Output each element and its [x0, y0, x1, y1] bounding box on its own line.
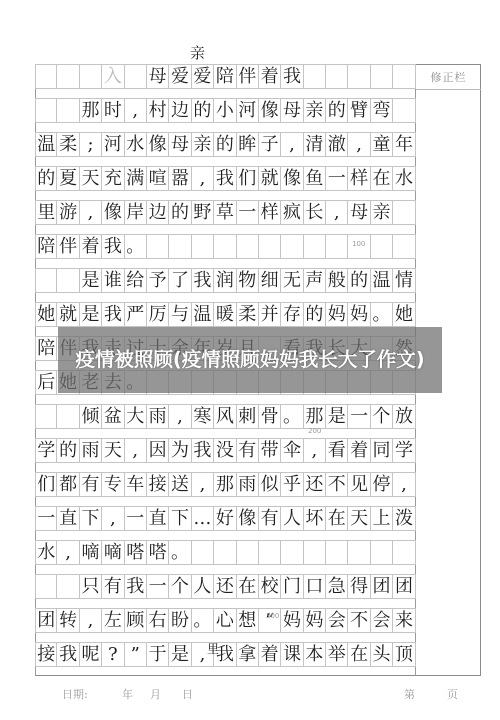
grid-cell: 门 — [281, 574, 303, 599]
grid-cell — [371, 64, 393, 89]
grid-cell: 妈 — [348, 302, 370, 327]
grid-cell: 下 — [169, 506, 191, 531]
grid-cell: 给 — [125, 268, 147, 293]
grid-cell: 柔 — [57, 132, 79, 157]
grid-cell: 情 — [393, 268, 415, 293]
grid-cell: 夏 — [57, 166, 79, 191]
grid-cell: 我 — [192, 268, 214, 293]
grid-cell: 的 — [57, 438, 79, 463]
grid-cell: , — [304, 438, 326, 463]
grid-cell: 童 — [371, 132, 393, 157]
grid-cell: 入 — [102, 64, 124, 89]
grid-cell: 大 — [125, 404, 147, 429]
grid-cell: 的 — [192, 98, 214, 123]
grid-cell — [371, 234, 393, 259]
grid-cell: 课 — [281, 642, 303, 667]
grid-cell: 那 — [214, 472, 236, 497]
grid-cell: 我 — [214, 166, 236, 191]
grid-cell: 我 — [102, 234, 124, 259]
grid-cell: 嘀 — [80, 540, 102, 565]
grid-cell: 充 — [102, 166, 124, 191]
grid-cell: 为 — [169, 438, 191, 463]
grid-cell: 伴 — [57, 234, 79, 259]
grid-cell: 不 — [326, 472, 348, 497]
grid-cell: 无 — [281, 268, 303, 293]
grid-cell: , — [192, 472, 214, 497]
grid-cell: 的 — [35, 166, 57, 191]
grid-cell: 团 — [393, 574, 415, 599]
grid-cell: 的 — [214, 132, 236, 157]
grid-cell: 见 — [348, 472, 370, 497]
grid-cell: 她 — [393, 302, 415, 327]
grid-cell: 。 — [192, 608, 214, 633]
char-counter-300: 300 — [266, 612, 279, 620]
grid-cell: 同 — [371, 438, 393, 463]
grid-cell: 母 — [147, 64, 169, 89]
grid-cell: 物 — [237, 268, 259, 293]
grid-cell — [237, 540, 259, 565]
grid-cell: 鱼 — [304, 166, 326, 191]
char-counter-200: 200 — [308, 427, 321, 435]
grid-cell: 暖 — [214, 302, 236, 327]
grid-cell: 没 — [214, 438, 236, 463]
grid-cell: 专 — [102, 472, 124, 497]
grid-cell: 严 — [125, 302, 147, 327]
grid-cell — [348, 64, 370, 89]
grid-cell: 只 — [80, 574, 102, 599]
grid-cell: 一 — [125, 506, 147, 531]
grid-cell: 存 — [281, 302, 303, 327]
footer-day-label: 日 — [182, 686, 193, 702]
grid-cell — [35, 574, 57, 599]
grid-cell: 有 — [237, 438, 259, 463]
grid-cell: 与 — [169, 302, 191, 327]
grid-cell: 臂 — [348, 98, 370, 123]
grid-cell: 的 — [348, 268, 370, 293]
grid-cell: 爱 — [192, 64, 214, 89]
grid-cell: , — [125, 438, 147, 463]
grid-cell — [169, 234, 191, 259]
grid-cell: 天 — [80, 166, 102, 191]
grid-cell: 好 — [214, 506, 236, 531]
grid-cell: 澈 — [326, 132, 348, 157]
grid-row: 里游,像岸边的野草一样疯长,母亲 — [35, 200, 416, 225]
grid-cell: 呢 — [80, 642, 102, 667]
grid-cell: 似 — [259, 472, 281, 497]
grid-cell: 。 — [169, 540, 191, 565]
grid-cell: 满 — [125, 166, 147, 191]
grid-cell — [304, 64, 326, 89]
grid-cell: 我 — [281, 64, 303, 89]
grid-cell: 游 — [57, 200, 79, 225]
grid-cell: 是 — [326, 404, 348, 429]
grid-cell: 样 — [348, 166, 370, 191]
grid-cell: 像 — [237, 506, 259, 531]
grid-cell: 温 — [192, 302, 214, 327]
grid-cell: 润 — [214, 268, 236, 293]
grid-cell: 接 — [35, 642, 57, 667]
grid-cell: 是 — [169, 642, 191, 667]
caption-overlay-text: 疫情被照顾(疫情照顾妈妈我长大了作文) — [69, 347, 430, 373]
grid-cell: 一 — [35, 506, 57, 531]
grid-cell — [393, 234, 415, 259]
grid-cell: 人 — [192, 574, 214, 599]
grid-cell — [147, 234, 169, 259]
grid-cell: 刺 — [237, 404, 259, 429]
grid-cell: 雨 — [147, 404, 169, 429]
grid-cell: 学 — [35, 438, 57, 463]
grid-cell: 一 — [326, 166, 348, 191]
grid-cell — [281, 234, 303, 259]
grid-cell — [35, 64, 57, 89]
grid-cell: 的 — [169, 200, 191, 225]
grid-cell — [35, 404, 57, 429]
grid-cell — [192, 540, 214, 565]
grid-cell — [371, 540, 393, 565]
grid-cell: 团 — [371, 574, 393, 599]
grid-cell: 草 — [214, 200, 236, 225]
grid-cell: 停 — [371, 472, 393, 497]
grid-cell: 她 — [35, 302, 57, 327]
grid-cell: 有 — [102, 574, 124, 599]
grid-row: 温柔;河水像母亲的眸子,清澈,童年 — [35, 132, 416, 157]
grid-cell: 举 — [326, 642, 348, 667]
grid-row: 那时,村边的小河像母亲的臂弯 — [35, 98, 416, 123]
grid-row: 只有我一个人还在校门口急得团团 — [35, 574, 416, 599]
footer-page-suffix: 页 — [447, 686, 458, 702]
grid-cell: 泼 — [393, 506, 415, 531]
grid-cell: 清 — [304, 132, 326, 157]
grid-cell: 人 — [281, 506, 303, 531]
grid-cell: 不 — [348, 608, 370, 633]
grid-cell: 着 — [348, 438, 370, 463]
grid-cell: 母 — [281, 98, 303, 123]
grid-cell: 因 — [147, 438, 169, 463]
grid-cell: … — [192, 506, 214, 531]
grid-cell: 个 — [169, 574, 191, 599]
grid-cell: 母 — [169, 132, 191, 157]
footer-page-prefix: 第 — [404, 686, 415, 702]
inserted-correction-qin: 亲 — [190, 42, 205, 63]
correction-margin-header: 修正栏 — [416, 64, 481, 90]
grid-cell: , — [80, 200, 102, 225]
grid-cell: 是 — [80, 268, 102, 293]
grid-cell — [125, 64, 147, 89]
grid-cell: 直 — [57, 506, 79, 531]
grid-cell: 骨 — [259, 404, 281, 429]
grid-cell: 陪 — [35, 234, 57, 259]
grid-cell: 予 — [147, 268, 169, 293]
grid-cell: 都 — [57, 472, 79, 497]
grid-cell — [57, 404, 79, 429]
grid-cell: 顶 — [393, 642, 415, 667]
grid-cell: 水 — [35, 540, 57, 565]
grid-cell: ; — [80, 132, 102, 157]
grid-cell: 像 — [102, 200, 124, 225]
grid-cell: 。 — [281, 404, 303, 429]
grid-cell: 上 — [371, 506, 393, 531]
grid-cell: 送 — [169, 472, 191, 497]
grid-row: 入母爱爱陪伴着我 — [35, 64, 416, 89]
grid-cell: , — [281, 132, 303, 157]
grid-cell: 妈 — [304, 608, 326, 633]
grid-cell: , — [57, 540, 79, 565]
grid-cell: 盆 — [102, 404, 124, 429]
caption-overlay-banner: 疫情被照顾(疫情照顾妈妈我长大了作文) — [58, 327, 442, 393]
grid-cell: 们 — [237, 166, 259, 191]
grid-cell: 在 — [326, 506, 348, 531]
grid-row: 学的雨天,因为我没有带伞,看着同学 — [35, 438, 416, 463]
grid-cell: 来 — [393, 608, 415, 633]
grid-cell: 还 — [214, 574, 236, 599]
grid-cell: 像 — [259, 98, 281, 123]
grid-cell: 带 — [259, 438, 281, 463]
grid-cell: 天 — [348, 506, 370, 531]
grid-cell: 长 — [304, 200, 326, 225]
grid-cell: 年 — [393, 132, 415, 157]
grid-cell: 看 — [326, 438, 348, 463]
grid-cell: 放 — [393, 404, 415, 429]
grid-cell: ? — [102, 642, 124, 667]
grid-cell — [304, 540, 326, 565]
grid-cell — [304, 234, 326, 259]
grid-cell: 。 — [371, 302, 393, 327]
grid-cell — [214, 540, 236, 565]
grid-cell: 接 — [147, 472, 169, 497]
grid-row: 团转,左顾右盼。心想“妈妈会不会来 — [35, 608, 416, 633]
grid-cell: 在 — [348, 642, 370, 667]
grid-cell: , — [102, 506, 124, 531]
grid-cell: 会 — [371, 608, 393, 633]
grid-cell — [57, 98, 79, 123]
grid-cell — [57, 64, 79, 89]
grid-cell: 直 — [147, 506, 169, 531]
grid-cell: 时 — [102, 98, 124, 123]
grid-cell: 嗒 — [147, 540, 169, 565]
grid-cell: 着 — [259, 642, 281, 667]
grid-cell: 有 — [259, 506, 281, 531]
char-counter-100: 100 — [352, 240, 365, 248]
grid-cell: 于 — [147, 642, 169, 667]
grid-cell: 温 — [35, 132, 57, 157]
grid-cell: 一 — [147, 574, 169, 599]
grid-cell: 眸 — [237, 132, 259, 157]
grid-cell: 亲 — [304, 98, 326, 123]
grid-cell: 盼 — [169, 608, 191, 633]
grid-cell — [192, 234, 214, 259]
grid-cell: 雨 — [80, 438, 102, 463]
grid-cell: 在 — [371, 166, 393, 191]
grid-row: 水,嘀嘀嗒嗒。 — [35, 540, 416, 565]
grid-cell: 心 — [214, 608, 236, 633]
grid-cell: 小 — [214, 98, 236, 123]
footer-year-label: 年 — [122, 686, 133, 702]
grid-cell: 爱 — [169, 64, 191, 89]
grid-cell: 柔 — [237, 302, 259, 327]
grid-cell: , — [169, 404, 191, 429]
footer-date-label: 日期: — [62, 686, 88, 702]
grid-cell: 那 — [80, 98, 102, 123]
grid-cell: 厉 — [147, 302, 169, 327]
grid-cell: 河 — [102, 132, 124, 157]
grid-cell: 下 — [80, 506, 102, 531]
grid-row: 她就是我严厉与温暖柔并存的妈妈。她 — [35, 302, 416, 327]
inserted-correction-li: 里 — [207, 640, 219, 657]
grid-cell: 头 — [371, 642, 393, 667]
grid-cell: 水 — [393, 166, 415, 191]
grid-cell: 本 — [304, 642, 326, 667]
grid-cell: 嚣 — [169, 166, 191, 191]
grid-cell: 陪 — [214, 64, 236, 89]
grid-cell: 急 — [326, 574, 348, 599]
grid-cell: 一 — [348, 404, 370, 429]
grid-cell: , — [125, 98, 147, 123]
grid-cell: 会 — [326, 608, 348, 633]
grid-cell: 着 — [259, 64, 281, 89]
grid-cell — [57, 268, 79, 293]
grid-cell: 个 — [371, 404, 393, 429]
grid-cell: 后 — [35, 370, 57, 395]
grid-cell: 们 — [35, 472, 57, 497]
grid-cell: 我 — [192, 438, 214, 463]
grid-cell: 嘀 — [102, 540, 124, 565]
grid-cell: 想 — [237, 608, 259, 633]
grid-cell: 乎 — [281, 472, 303, 497]
grid-cell: , — [326, 200, 348, 225]
grid-cell: 了 — [169, 268, 191, 293]
grid-cell — [393, 540, 415, 565]
grid-cell: 岸 — [125, 200, 147, 225]
grid-row: 是谁给予了我润物细无声般的温情 — [35, 268, 416, 293]
grid-cell: 疯 — [281, 200, 303, 225]
grid-cell: 左 — [102, 608, 124, 633]
grid-cell: ” — [125, 642, 147, 667]
grid-cell — [393, 200, 415, 225]
grid-cell: 我 — [125, 574, 147, 599]
grid-cell: 。 — [125, 234, 147, 259]
grid-cell: 学 — [393, 438, 415, 463]
grid-cell: 得 — [348, 574, 370, 599]
grid-cell: 温 — [371, 268, 393, 293]
grid-cell: 风 — [214, 404, 236, 429]
grid-cell: 还 — [304, 472, 326, 497]
grid-cell — [393, 98, 415, 123]
grid-cell: 的 — [304, 302, 326, 327]
footer-month-label: 月 — [150, 686, 161, 702]
grid-cell: 边 — [147, 200, 169, 225]
grid-cell — [326, 540, 348, 565]
grid-cell: 声 — [304, 268, 326, 293]
grid-cell — [237, 234, 259, 259]
grid-cell: 拿 — [237, 642, 259, 667]
grid-cell — [326, 234, 348, 259]
grid-cell: 的 — [326, 98, 348, 123]
grid-row: 接我呢?”于是,我拿着课本举在头顶 — [35, 642, 416, 667]
grid-cell: 倾 — [80, 404, 102, 429]
grid-cell: 伴 — [237, 64, 259, 89]
grid-cell: 弯 — [371, 98, 393, 123]
grid-cell: 寒 — [192, 404, 214, 429]
grid-cell: 亲 — [371, 200, 393, 225]
grid-cell: 坏 — [304, 506, 326, 531]
grid-cell: 细 — [259, 268, 281, 293]
grid-cell: 是 — [80, 302, 102, 327]
grid-cell — [393, 64, 415, 89]
grid-cell: 口 — [304, 574, 326, 599]
grid-cell: 就 — [57, 302, 79, 327]
grid-row: 的夏天充满喧嚣,我们就像鱼一样在水 — [35, 166, 416, 191]
grid-cell: 雨 — [237, 472, 259, 497]
grid-cell — [326, 64, 348, 89]
grid-cell: 在 — [237, 574, 259, 599]
grid-cell: 陪 — [35, 336, 57, 361]
grid-cell: , — [393, 472, 415, 497]
grid-row: 们都有专车接送,那雨似乎还不见停, — [35, 472, 416, 497]
grid-cell — [35, 268, 57, 293]
grid-cell — [259, 234, 281, 259]
grid-cell: 着 — [80, 234, 102, 259]
grid-cell: , — [348, 132, 370, 157]
grid-cell: 顾 — [125, 608, 147, 633]
grid-cell: 妈 — [326, 302, 348, 327]
grid-cell: 嗒 — [125, 540, 147, 565]
grid-cell — [80, 64, 102, 89]
grid-cell: 样 — [259, 200, 281, 225]
grid-cell — [214, 234, 236, 259]
grid-cell: 边 — [169, 98, 191, 123]
grid-cell: 有 — [80, 472, 102, 497]
grid-cell — [281, 540, 303, 565]
grid-cell: 像 — [281, 166, 303, 191]
grid-cell: 并 — [259, 302, 281, 327]
grid-cell: 伞 — [281, 438, 303, 463]
grid-cell: 我 — [57, 642, 79, 667]
grid-cell: 天 — [102, 438, 124, 463]
grid-cell: 般 — [326, 268, 348, 293]
grid-cell: 车 — [125, 472, 147, 497]
grid-cell — [348, 540, 370, 565]
grid-cell: , — [192, 166, 214, 191]
grid-cell: 喧 — [147, 166, 169, 191]
grid-cell: 河 — [237, 98, 259, 123]
grid-cell: 转 — [57, 608, 79, 633]
grid-row: 一直下,一直下…好像有人坏在天上泼 — [35, 506, 416, 531]
grid-cell: , — [80, 608, 102, 633]
grid-cell: 校 — [259, 574, 281, 599]
grid-cell — [57, 574, 79, 599]
grid-cell: 就 — [259, 166, 281, 191]
grid-cell: 野 — [192, 200, 214, 225]
grid-cell: 那 — [304, 404, 326, 429]
grid-cell: 团 — [35, 608, 57, 633]
grid-cell: 水 — [125, 132, 147, 157]
grid-cell — [259, 540, 281, 565]
grid-cell: 亲 — [192, 132, 214, 157]
grid-cell: 右 — [147, 608, 169, 633]
grid-cell: 村 — [147, 98, 169, 123]
grid-cell: 谁 — [102, 268, 124, 293]
grid-cell: 像 — [147, 132, 169, 157]
grid-cell: 母 — [348, 200, 370, 225]
grid-cell: 子 — [259, 132, 281, 157]
grid-cell: 一 — [237, 200, 259, 225]
grid-cell: 我 — [102, 302, 124, 327]
grid-cell — [35, 98, 57, 123]
grid-cell: 妈 — [281, 608, 303, 633]
grid-row: 倾盆大雨,寒风刺骨。那是一个放 — [35, 404, 416, 429]
grid-cell: 里 — [35, 200, 57, 225]
